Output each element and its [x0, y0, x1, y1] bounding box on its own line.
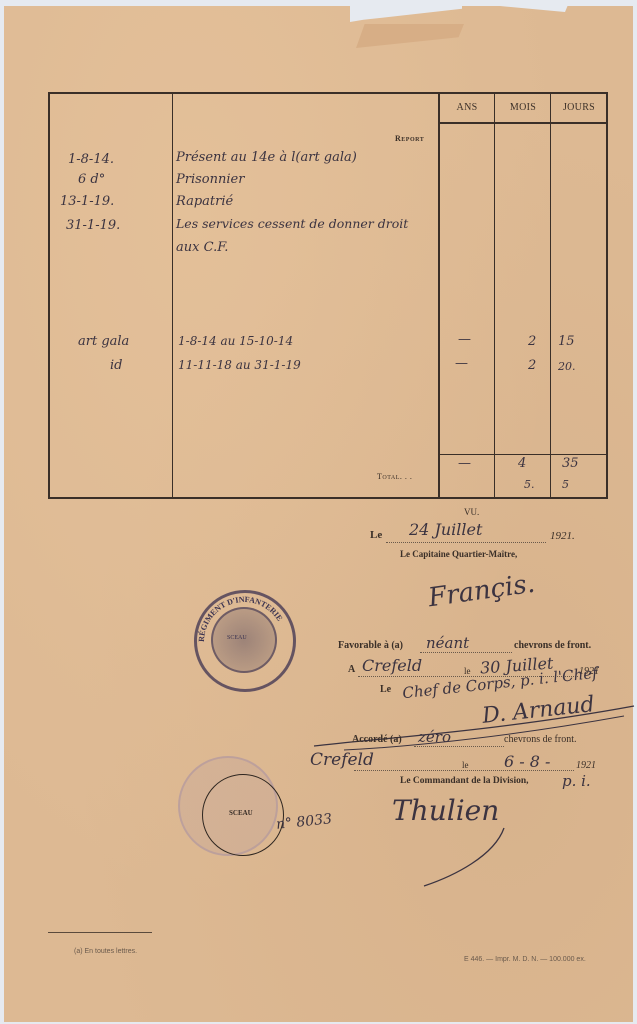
- column-divider: [172, 94, 173, 497]
- favorable-label: Favorable à (a): [338, 640, 403, 651]
- column-divider: [438, 94, 440, 497]
- accorde-year: 1921: [576, 760, 596, 771]
- footnote: (a) En toutes lettres.: [74, 948, 137, 955]
- folded-corner: [356, 24, 464, 48]
- accorde-place: Crefeld: [310, 750, 374, 770]
- seal-label: SCEAU: [229, 809, 253, 817]
- period-unit: id: [110, 358, 122, 373]
- column-divider: [550, 94, 551, 497]
- column-divider: [494, 94, 495, 497]
- accorde-signature: Thulien: [392, 794, 499, 827]
- favorable-le-label: le: [464, 666, 471, 676]
- favorable-place: Crefeld: [362, 656, 422, 675]
- svg-text:RÉGIMENT D'INFANTERIE: RÉGIMENT D'INFANTERIE: [197, 595, 285, 642]
- vu-le-label: Le: [370, 529, 382, 541]
- vu-title: Le Capitaine Quartier-Maître,: [400, 549, 517, 559]
- favorable-a-label: A: [348, 664, 355, 675]
- history-text: Rapatrié: [176, 194, 233, 209]
- footnote-rule: [48, 932, 152, 933]
- history-text: Les services cessent de donner droit: [176, 216, 408, 231]
- favorable-value: néant: [426, 634, 469, 652]
- accorde-suffix: chevrons de front.: [504, 734, 576, 745]
- period-unit: art gala: [78, 334, 129, 349]
- period-mois: 2: [528, 334, 536, 349]
- accorde-label: Accordé (a): [352, 734, 402, 745]
- signature-flourish: [304, 694, 637, 754]
- accorde-line: [414, 746, 504, 747]
- total-mois-converted: 5.: [524, 478, 535, 491]
- seal-circle: SCEAU: [202, 774, 284, 856]
- history-date: 13-1-19.: [60, 194, 114, 209]
- favorable-line: [420, 652, 512, 653]
- period-ans: —: [458, 332, 471, 347]
- period-ans: —: [455, 356, 468, 371]
- period-mois: 2: [528, 358, 536, 373]
- accorde-pi: p. i.: [562, 772, 591, 790]
- vu-label: VU.: [464, 507, 479, 517]
- total-ans: —: [458, 456, 471, 471]
- total-line: [438, 454, 606, 455]
- signature-tail: [414, 826, 524, 890]
- favorable-suffix: chevrons de front.: [514, 640, 591, 651]
- accorde-value: zéro: [418, 728, 451, 746]
- vu-date-line: [386, 542, 546, 543]
- vu-date: 24 Juillet: [409, 520, 482, 539]
- history-date: 1-8-14.: [68, 152, 114, 167]
- regiment-stamp: SCEAU RÉGIMENT D'INFANTERIE: [194, 590, 296, 692]
- accorde-title: Le Commandant de la Division,: [400, 776, 529, 786]
- accorde-date: 6 - 8 -: [504, 752, 550, 771]
- history-date: 31-1-19.: [66, 218, 120, 233]
- history-date: 6 d°: [78, 172, 105, 187]
- period-jours: 20.: [558, 360, 576, 373]
- vu-year: 1921.: [550, 530, 575, 542]
- total-label: Total. . .: [377, 472, 412, 481]
- period-jours: 15: [558, 334, 575, 349]
- accorde-le-label: le: [462, 760, 469, 770]
- period-range: 11-11-18 au 31-1-19: [178, 358, 301, 372]
- period-range: 1-8-14 au 15-10-14: [178, 334, 293, 348]
- history-text: Prisonnier: [176, 172, 244, 187]
- history-text: Présent au 14e à l(art gala): [176, 150, 357, 165]
- total-jours-converted: 5: [562, 478, 569, 491]
- total-mois: 4: [518, 456, 526, 471]
- document-page: ANS MOIS JOURS Report 1-8-14. Présent au…: [4, 6, 633, 1022]
- history-text: aux C.F.: [176, 240, 228, 255]
- header-mois: MOIS: [496, 102, 550, 113]
- imprint: E 446. — Impr. M. D. N. — 100.000 ex.: [464, 956, 586, 963]
- header-jours: JOURS: [552, 102, 606, 113]
- service-table: ANS MOIS JOURS Report 1-8-14. Présent au…: [48, 92, 608, 499]
- report-label: Report: [395, 134, 424, 143]
- header-underline: [438, 122, 606, 124]
- header-ans: ANS: [440, 102, 494, 113]
- vu-signature: Françis.: [426, 569, 536, 614]
- total-jours: 35: [562, 456, 579, 471]
- stamp-ring-text: RÉGIMENT D'INFANTERIE: [194, 590, 290, 686]
